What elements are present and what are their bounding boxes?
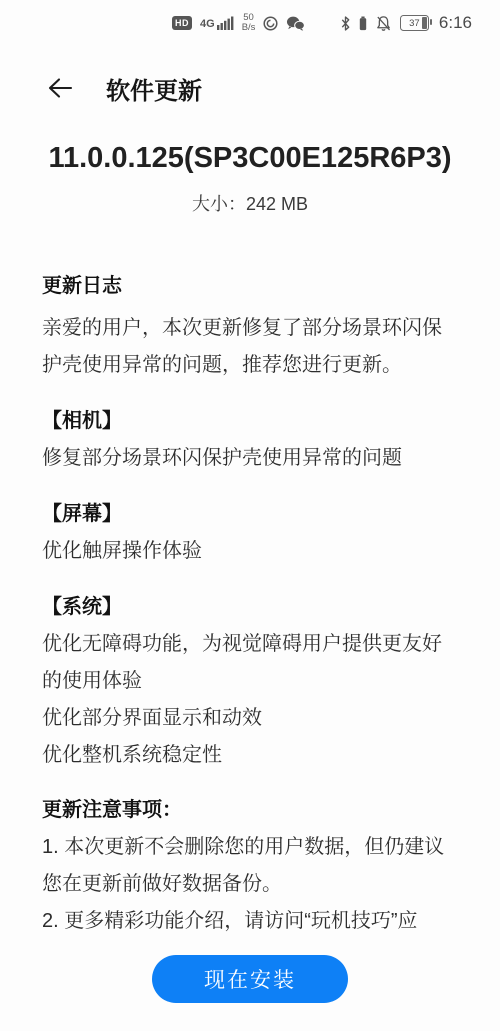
changelog-intro: 亲爱的用户，本次更新修复了部分场景环闪保护壳使用异常的问题，推荐您进行更新。 [42,310,458,384]
signal-bars-icon [217,16,234,30]
status-bar-right-icons: 37 6:16 [340,0,472,46]
network-signal-group: 4G [200,16,234,30]
back-arrow-icon [45,75,73,101]
version-number: 11.0.0.125(SP3C00E125R6P3) [0,142,500,175]
install-now-button[interactable]: 现在安装 [152,955,348,1003]
battery-fill [422,17,427,29]
changelog-title: 更新日志 [42,268,458,305]
mute-bell-icon [375,15,392,32]
spiral-notification-icon [263,16,278,31]
bluetooth-icon [340,15,351,32]
app-bar: 软件更新 [0,62,500,114]
network-speed-unit: B/s [242,23,256,34]
hd-volte-icon: HD [172,16,192,30]
section-system-heading: 【系统】 [42,589,458,626]
changelog-content: 更新日志 亲爱的用户，本次更新修复了部分场景环闪保护壳使用异常的问题，推荐您进行… [42,268,458,940]
page-title: 软件更新 [106,71,202,106]
section-camera-heading: 【相机】 [42,403,458,440]
wechat-notification-icon [286,16,305,31]
notes-title: 更新注意事项： [42,792,458,829]
section-system-item: 优化整机系统稳定性 [42,737,458,774]
network-speed-indicator: 50 B/s [242,13,256,34]
network-type-label: 4G [200,19,215,30]
battery-nub [430,19,433,25]
section-screen-heading: 【屏幕】 [42,496,458,533]
update-size: 大小：242 MB [0,190,500,216]
status-bar-left-icons: HD 4G 50 B/s [172,0,305,46]
section-screen-item: 优化触屏操作体验 [42,533,458,570]
back-button[interactable] [44,73,74,103]
battery-percent-label: 37 [409,18,420,29]
bottom-action-bar: 现在安装 [0,936,500,1031]
software-update-screen: HD 4G 50 B/s [0,0,500,1031]
bluetooth-device-battery-icon [359,16,367,31]
clock-label: 6:16 [439,13,472,33]
section-system-item: 优化部分界面显示和动效 [42,700,458,737]
note-item: 1. 本次更新不会删除您的用户数据，但仍建议您在更新前做好数据备份。 [42,829,458,903]
status-bar: HD 4G 50 B/s [0,0,500,46]
section-system-item: 优化无障碍功能，为视觉障碍用户提供更友好的使用体验 [42,626,458,700]
version-block: 11.0.0.125(SP3C00E125R6P3) 大小：242 MB [0,142,500,216]
note-item-clipped: 2. 更多精彩功能介绍，请访问“玩机技巧”应 [42,903,458,940]
section-camera-item: 修复部分场景环闪保护壳使用异常的问题 [42,440,458,477]
battery-indicator: 37 [400,15,429,31]
